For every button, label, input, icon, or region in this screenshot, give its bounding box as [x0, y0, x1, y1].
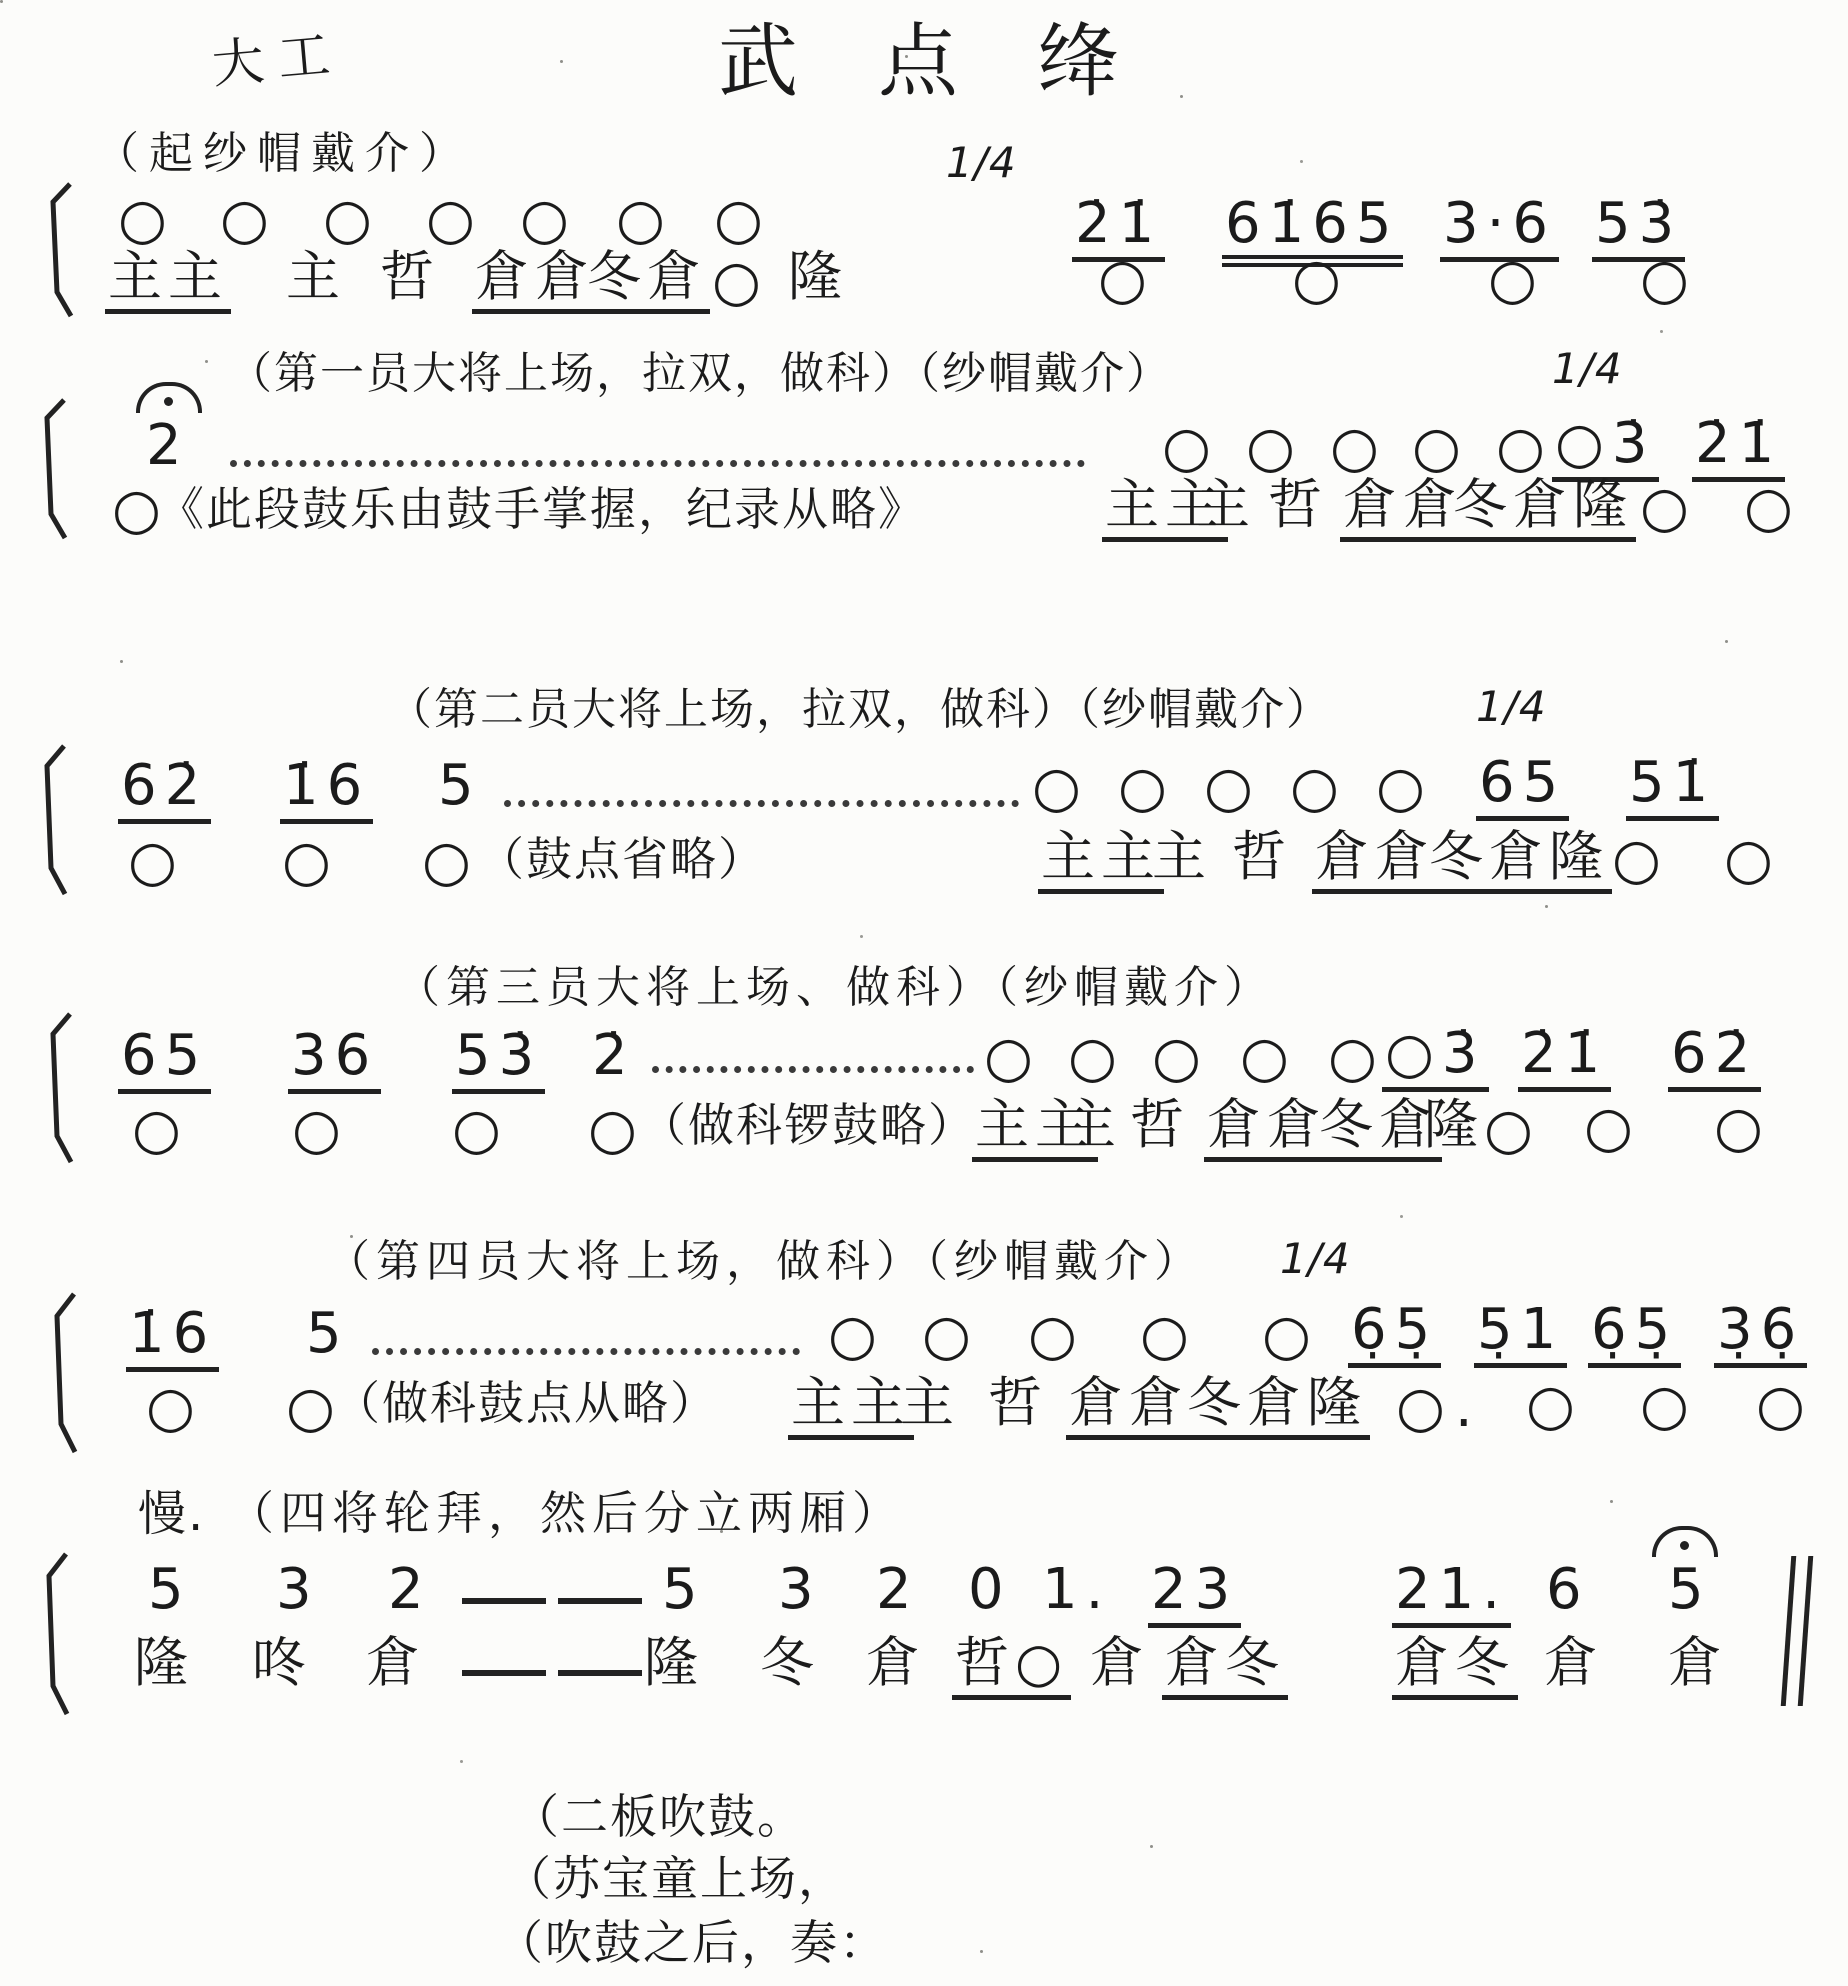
footer-line: （苏宝童上场，	[504, 1856, 847, 1903]
stage-direction: （第四员大将上场，做科）（纱帽戴介）	[326, 1240, 1204, 1284]
perc-syllable: 咚	[252, 1636, 312, 1690]
stage-direction: （四将轮拜，然后分立两厢）	[228, 1490, 904, 1536]
stage-direction: （第一员大将上场，拉双，做科）（纱帽戴介）	[228, 352, 1172, 396]
perc-syllable: 倉	[1090, 1636, 1150, 1690]
perc-syllable: 哲	[1130, 1098, 1190, 1152]
note-group: 2	[876, 1562, 920, 1618]
note-group: 6	[1546, 1562, 1590, 1618]
rest-circle: ○	[588, 1102, 647, 1158]
rest-circle: ○	[1612, 832, 1671, 888]
rest-circle: ○	[1640, 1378, 1699, 1434]
rest-circle: ○	[1290, 760, 1349, 816]
stage-direction: （起纱帽戴介）	[95, 132, 473, 176]
rest-circle: ○	[282, 834, 341, 890]
note-group: 1̇6	[280, 758, 373, 824]
perc-syllable: 倉倉	[1340, 478, 1466, 542]
note-group: 3	[778, 1562, 822, 1618]
note-group: 5̣1	[1474, 1302, 1567, 1368]
rest-circle: ○	[1240, 1030, 1299, 1086]
rest-circle: ○	[1292, 252, 1351, 308]
perc-syllable: 主主	[105, 250, 231, 314]
final-barline	[1781, 1556, 1813, 1706]
held-dash	[558, 1670, 642, 1676]
rest-circle: ○.	[1396, 1380, 1483, 1436]
note-group: 6̣5̣	[1588, 1302, 1681, 1368]
dotted-leader	[504, 800, 1019, 807]
perc-syllable: 冬	[760, 1636, 820, 1690]
perc-syllable: 倉	[1544, 1636, 1604, 1690]
perc-syllable: 哲	[1232, 830, 1292, 884]
note-group: 3	[276, 1562, 320, 1618]
rest-circle: ○	[1526, 1378, 1585, 1434]
tempo-mark: 慢.	[138, 1490, 205, 1538]
rest-circle: ○	[1262, 1308, 1321, 1364]
scan-noise	[0, 0, 3, 3]
perc-syllable: 倉倉	[472, 250, 598, 314]
fermata-icon	[136, 382, 202, 413]
perc-syllable: 隆	[1424, 1098, 1484, 1152]
note-group: 2̇1̇	[1518, 1026, 1611, 1092]
note-group: 1̇6	[126, 1306, 219, 1372]
perc-syllable: 倉倉	[1312, 830, 1438, 894]
note-group: 23	[1148, 1562, 1241, 1628]
perc-syllable: 主	[900, 1376, 960, 1430]
note-group: 5	[662, 1562, 706, 1618]
note-group: 5	[438, 758, 482, 814]
perc-syllable: 冬倉隆	[1450, 478, 1636, 542]
perc-syllable: 倉	[866, 1636, 926, 1690]
note-group: 53̇	[452, 1028, 545, 1094]
perc-syllable: 主	[286, 250, 346, 304]
rest-circle: ○	[1496, 420, 1555, 476]
rest-circle: ○	[128, 834, 187, 890]
perc-syllable: 倉冬	[1392, 1636, 1518, 1700]
rest-circle: ○	[1488, 252, 1547, 308]
perc-syllable: 主主	[788, 1376, 914, 1440]
perc-syllable: 冬倉隆	[1426, 830, 1612, 894]
held-dash	[462, 1598, 546, 1604]
perc-syllable: 隆	[644, 1636, 704, 1690]
rest-circle: ○	[520, 192, 579, 248]
note-group: 36	[288, 1028, 381, 1094]
held-dash	[558, 1598, 642, 1604]
note-group: 62̇	[118, 758, 211, 824]
footer-line: （二板吹鼓。	[512, 1794, 806, 1841]
rest-circle: ○	[323, 192, 382, 248]
note-group: 62̇	[1668, 1026, 1761, 1092]
dotted-leader	[372, 1348, 800, 1355]
note-group: 21.	[1392, 1562, 1511, 1628]
held-dash	[462, 1670, 546, 1676]
system-bracket	[40, 1550, 72, 1718]
note-group: 51̇	[1626, 755, 1719, 821]
rest-circle: ○	[984, 1030, 1043, 1086]
rest-circle: ○	[1640, 252, 1699, 308]
note-group: 65	[1476, 755, 1569, 821]
rest-circle: ○	[1032, 760, 1091, 816]
time-signature: 1/4	[1552, 348, 1623, 390]
perc-syllable: 哲	[380, 250, 440, 304]
rest-circle: ○	[1028, 1308, 1087, 1364]
note-group: 0	[968, 1562, 1012, 1618]
rest-circle: ○	[1484, 1102, 1543, 1158]
rest-circle: ○	[828, 1308, 887, 1364]
note-group: ○3̇	[1382, 1026, 1489, 1092]
rest-circle: ○	[1714, 1100, 1773, 1156]
rest-circle: ○	[132, 1102, 191, 1158]
inline-note: （鼓点省略）	[478, 836, 766, 882]
dotted-leader	[230, 460, 1085, 467]
perc-syllable: 倉倉	[1204, 1098, 1330, 1162]
rest-circle: ○	[1412, 420, 1471, 476]
footer-line: （吹鼓之后，奏：	[496, 1920, 888, 1967]
rest-circle: ○	[118, 192, 177, 248]
perc-syllable: 主主	[1038, 830, 1164, 894]
note-group: 2	[388, 1562, 432, 1618]
rest-circle: ○	[1204, 760, 1263, 816]
rest-circle: ○	[1724, 832, 1783, 888]
stage-direction: （第二员大将上场，拉双，做科）（纱帽戴介）	[388, 688, 1332, 732]
note-group: 5	[148, 1562, 192, 1618]
note-group: 2̇1̇	[1692, 416, 1785, 482]
stage-direction: （第三员大将上场、做科）（纱帽戴介）	[396, 966, 1274, 1010]
perc-syllable: 倉	[366, 1636, 426, 1690]
system-bracket	[48, 1290, 80, 1456]
rest-circle: ○	[1246, 420, 1305, 476]
perc-syllable: 主	[1062, 1098, 1122, 1152]
rest-circle: ○	[922, 1308, 981, 1364]
rest-circle: ○	[1118, 760, 1177, 816]
rest-circle: ○	[1140, 1308, 1199, 1364]
perc-syllable: 隆	[788, 250, 848, 304]
piece-title: 武点绛	[718, 22, 1198, 102]
perc-syllable: 隆	[134, 1636, 194, 1690]
rest-circle: ○	[1584, 1100, 1643, 1156]
rest-circle: ○	[1640, 480, 1699, 536]
rest-circle: ○	[616, 192, 675, 248]
rest-circle: ○	[1098, 252, 1157, 308]
key-signature: 大工	[210, 28, 346, 91]
time-signature: 1/4	[946, 142, 1017, 184]
perc-syllable: 主	[1152, 830, 1212, 884]
rest-circle: ○	[1376, 760, 1435, 816]
time-signature: 1/4	[1280, 1238, 1351, 1280]
rest-circle: ○	[712, 254, 771, 310]
dotted-leader	[652, 1066, 974, 1073]
rest-circle: ○	[714, 192, 773, 248]
perc-syllable: 倉	[1668, 1636, 1728, 1690]
held-note: 2	[146, 418, 190, 474]
perc-syllable: 冬倉隆	[1184, 1376, 1370, 1440]
rest-circle: ○	[426, 192, 485, 248]
rest-circle: ○	[1756, 1378, 1815, 1434]
perc-syllable: 主	[1196, 478, 1256, 532]
fermata-icon	[1652, 1526, 1718, 1557]
perc-syllable: 倉冬	[1162, 1636, 1288, 1700]
system-bracket	[38, 396, 70, 542]
perc-syllable: 冬倉	[584, 250, 710, 314]
note-group: 1.	[1042, 1562, 1111, 1618]
note-group: 6̣5̣	[1348, 1302, 1441, 1368]
perc-syllable: 哲○	[952, 1636, 1071, 1700]
rest-circle: ○	[220, 192, 279, 248]
rest-circle: ○	[292, 1102, 351, 1158]
perc-syllable: 哲	[988, 1376, 1048, 1430]
rest-circle: ○	[1152, 1030, 1211, 1086]
inline-note: （做科锣鼓略）	[640, 1102, 976, 1148]
rest-circle: ○	[422, 834, 481, 890]
system-bracket	[44, 1010, 76, 1166]
note-group: 5	[1668, 1562, 1712, 1618]
score-page: 大工 武点绛 （起纱帽戴介） 1/4 ○ ○ ○ ○ ○ ○ ○ 2̇1̇ 61…	[0, 0, 1848, 1986]
note-group: 5	[306, 1306, 350, 1362]
system-bracket	[44, 180, 76, 320]
rest-circle: ○	[146, 1380, 205, 1436]
inline-note: 《此段鼓乐由鼓手掌握，纪录从略》	[158, 486, 926, 532]
rest-circle: ○	[1330, 420, 1389, 476]
rest-circle: ○	[1162, 420, 1221, 476]
perc-syllable: 哲	[1268, 478, 1328, 532]
rest-circle: ○	[1744, 480, 1803, 536]
rest-circle: ○	[452, 1102, 511, 1158]
note-group: 2̇	[592, 1028, 636, 1084]
time-signature: 1/4	[1476, 686, 1547, 728]
rest-circle: ○	[1068, 1030, 1127, 1086]
inline-note: （做科鼓点从略）	[334, 1380, 718, 1426]
note-group: 65	[118, 1028, 211, 1094]
system-bracket	[38, 742, 70, 898]
perc-syllable: 倉倉	[1066, 1376, 1192, 1440]
note-group: 3̣6̣	[1714, 1302, 1807, 1368]
rest-circle: ○	[1328, 1030, 1387, 1086]
